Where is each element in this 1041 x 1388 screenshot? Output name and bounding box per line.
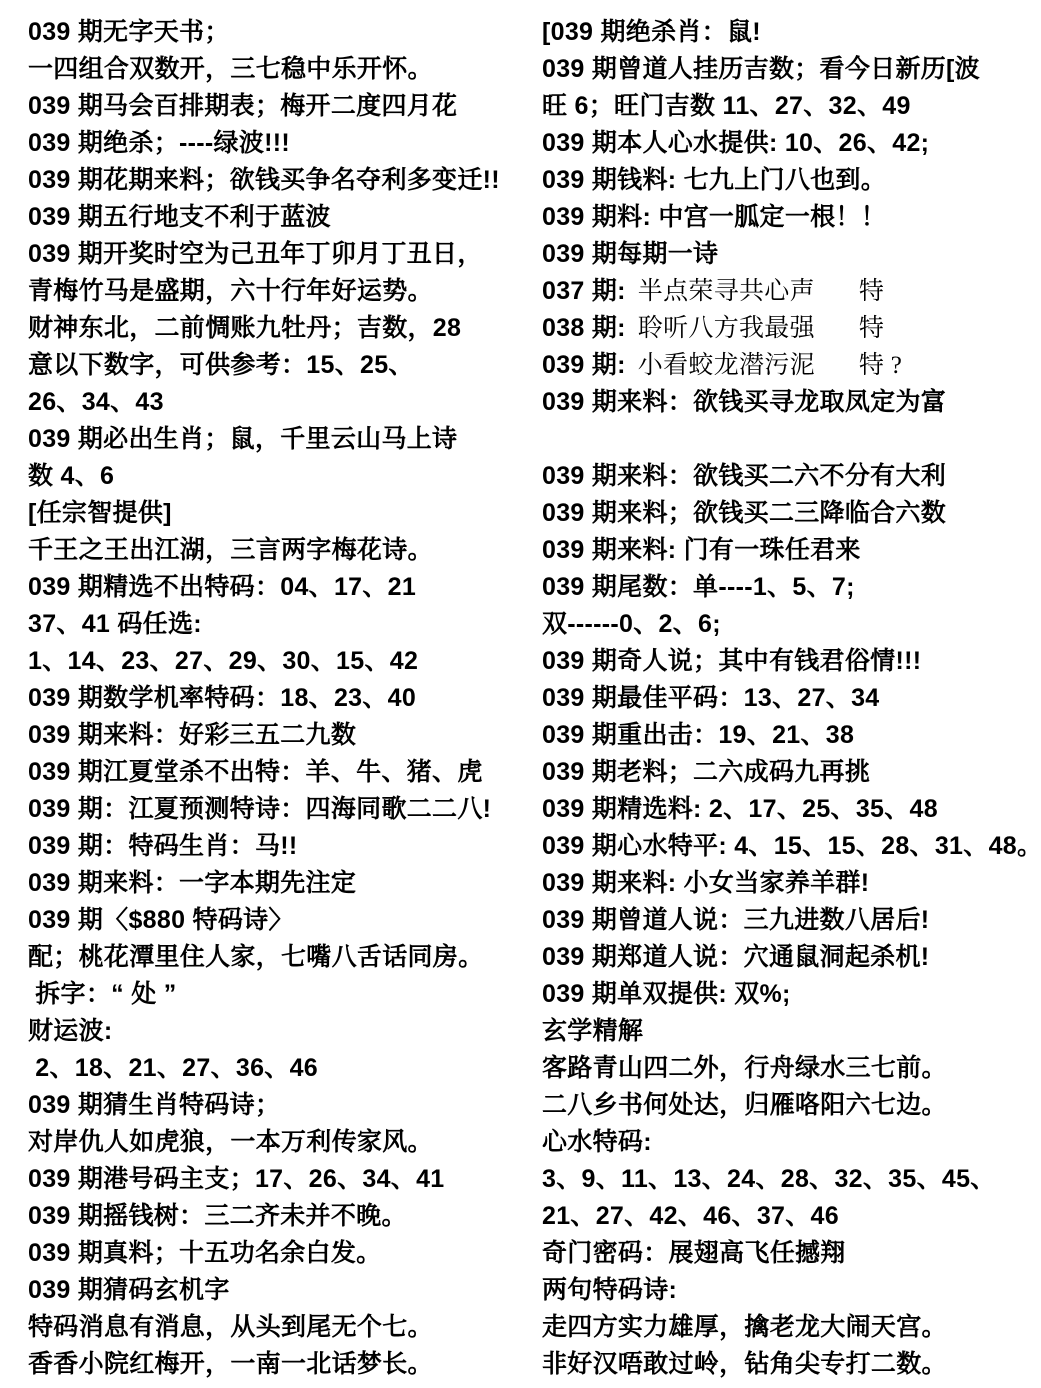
text-line: 039 期来料: 小女当家养羊群! bbox=[542, 865, 1041, 902]
text-line: 039 期精选料: 2、17、25、35、48 bbox=[542, 791, 1041, 828]
text-line: 039 期无字天书； bbox=[28, 14, 500, 51]
text-line: 039 期绝杀；----绿波!!! bbox=[28, 125, 500, 162]
text-line: 039 期来料：欲钱买寻龙取凤定为富 bbox=[542, 384, 1041, 421]
text-line: 039 期最佳平码：13、27、34 bbox=[542, 680, 1041, 717]
text-line: 039 期真料；十五功名余白发。 bbox=[28, 1235, 500, 1272]
text-line: 039 期郑道人说：穴通鼠洞起杀机! bbox=[542, 939, 1041, 976]
poem-poem: 半点荣寻共心声 bbox=[638, 278, 815, 305]
text-line: 039 期数学机率特码：18、23、40 bbox=[28, 680, 500, 717]
text-line: 拆字：“ 处 ” bbox=[28, 976, 500, 1013]
text-line: 千王之王出江湖，三言两字梅花诗。 bbox=[28, 532, 500, 569]
text-line: 039 期来料：欲钱买二六不分有大利 bbox=[542, 458, 1041, 495]
text-line: 26、34、43 bbox=[28, 384, 500, 421]
text-line: 2、18、21、27、36、46 bbox=[28, 1050, 500, 1087]
text-line: 039 期江夏堂杀不出特：羊、牛、猪、虎 bbox=[28, 754, 500, 791]
text-line: 数 4、6 bbox=[28, 458, 500, 495]
text-line: 玄学精解 bbox=[542, 1013, 1041, 1050]
text-line: 意以下数字，可供参考：15、25、 bbox=[28, 347, 500, 384]
poem-prefix: 037 期: bbox=[542, 277, 626, 305]
text-line: 039 期曾道人说：三九进数八居后! bbox=[542, 902, 1041, 939]
text-line: 039 期马会百排期表；梅开二度四月花 bbox=[28, 88, 500, 125]
text-line: 039 期五行地支不利于蓝波 bbox=[28, 199, 500, 236]
text-line: 039 期钱料: 七九上门八也到。 bbox=[542, 162, 1041, 199]
text-line: 特码消息有消息，从头到尾无个七。 bbox=[28, 1309, 500, 1346]
lottery-tips-sheet: 039 期无字天书；一四组合双数开，三七稳中乐开怀。039 期马会百排期表；梅开… bbox=[0, 0, 1041, 1388]
text-line: 039 期开奖时空为己丑年丁卯月丁丑日， bbox=[28, 236, 500, 273]
text-line: 香香小院红梅开，一南一北话梦长。 bbox=[28, 1346, 500, 1383]
text-line: 039 期精选不出特码：04、17、21 bbox=[28, 569, 500, 606]
poem-line: 037 期:半点荣寻共心声特 bbox=[542, 273, 1041, 310]
poem-poem: 小看蛟龙潜污泥 bbox=[638, 352, 815, 379]
text-line: 039 期港号码主支；17、26、34、41 bbox=[28, 1161, 500, 1198]
text-line: [任宗智提供] bbox=[28, 495, 500, 532]
text-line: 奇门密码：展翅高飞任撼翔 bbox=[542, 1235, 1041, 1272]
poem-prefix: 039 期: bbox=[542, 351, 626, 379]
text-line: 039 期来料；欲钱买二三降临合六数 bbox=[542, 495, 1041, 532]
text-line: 双------0、2、6; bbox=[542, 606, 1041, 643]
text-line: 配；桃花潭里住人家，七嘴八舌话同房。 bbox=[28, 939, 500, 976]
text-line: 039 期：特码生肖：马!! bbox=[28, 828, 500, 865]
poem-suffix: 特 bbox=[859, 278, 884, 305]
poem-line: 038 期:聆听八方我最强特 bbox=[542, 310, 1041, 347]
text-line: 039 期来料：好彩三五二九数 bbox=[28, 717, 500, 754]
text-line: 039 期心水特平: 4、15、15、28、31、48。 bbox=[542, 828, 1041, 865]
text-line: 心水特码: bbox=[542, 1124, 1041, 1161]
text-line: 3、9、11、13、24、28、32、35、45、 bbox=[542, 1161, 1041, 1198]
text-line: 走四方实力雄厚，擒老龙大闹天宫。 bbox=[542, 1309, 1041, 1346]
text-line: 039 期每期一诗 bbox=[542, 236, 1041, 273]
text-line: 039 期花期来料；欲钱买争名夺利多变迁!! bbox=[28, 162, 500, 199]
right-column: [039 期绝杀肖：鼠!039 期曾道人挂历吉数；看今日新历[波旺 6；旺门吉数… bbox=[542, 14, 1041, 1383]
text-line: 二八乡书何处达，归雁咯阳六七边。 bbox=[542, 1087, 1041, 1124]
text-line: [039 期绝杀肖：鼠! bbox=[542, 14, 1041, 51]
text-line: 37、41 码任选: bbox=[28, 606, 500, 643]
text-line: 039 期：江夏预测特诗：四海同歌二二八! bbox=[28, 791, 500, 828]
text-line: 039 期摇钱树：三二齐未并不晚。 bbox=[28, 1198, 500, 1235]
text-line: 财神东北，二前惆账九牡丹；吉数，28 bbox=[28, 310, 500, 347]
text-line: 039 期老料；二六成码九再挑 bbox=[542, 754, 1041, 791]
text-line: 两句特码诗: bbox=[542, 1272, 1041, 1309]
text-line: 财运波: bbox=[28, 1013, 500, 1050]
text-line: 一四组合双数开，三七稳中乐开怀。 bbox=[28, 51, 500, 88]
text-line: 039 期重出击：19、21、38 bbox=[542, 717, 1041, 754]
text-line: 039 期来料：一字本期先注定 bbox=[28, 865, 500, 902]
text-line: 21、27、42、46、37、46 bbox=[542, 1198, 1041, 1235]
poem-suffix: 特 bbox=[859, 315, 884, 342]
text-line: 非好汉唔敢过岭，钻角尖专打二数。 bbox=[542, 1346, 1041, 1383]
text-line: 039 期必出生肖；鼠，千里云山马上诗 bbox=[28, 421, 500, 458]
text-line: 039 期尾数：单----1、5、7; bbox=[542, 569, 1041, 606]
text-line: 039 期〈$880 特码诗〉 bbox=[28, 902, 500, 939]
text-line: 039 期本人心水提供: 10、26、42; bbox=[542, 125, 1041, 162]
poem-suffix: 特 ? bbox=[859, 352, 902, 379]
text-line: 039 期曾道人挂历吉数；看今日新历[波 bbox=[542, 51, 1041, 88]
poem-prefix: 038 期: bbox=[542, 314, 626, 342]
text-line: 1、14、23、27、29、30、15、42 bbox=[28, 643, 500, 680]
text-line: 039 期奇人说；其中有钱君俗情!!! bbox=[542, 643, 1041, 680]
text-line: 039 期猜码玄机字 bbox=[28, 1272, 500, 1309]
text-line: 客路青山四二外，行舟绿水三七前。 bbox=[542, 1050, 1041, 1087]
text-line: 青梅竹马是盛期，六十行年好运势。 bbox=[28, 273, 500, 310]
poem-line: 039 期:小看蛟龙潜污泥特 ? bbox=[542, 347, 1041, 384]
left-column: 039 期无字天书；一四组合双数开，三七稳中乐开怀。039 期马会百排期表；梅开… bbox=[28, 14, 500, 1383]
text-line: 039 期猜生肖特码诗； bbox=[28, 1087, 500, 1124]
text-line: 039 期来料: 门有一珠任君来 bbox=[542, 532, 1041, 569]
poem-poem: 聆听八方我最强 bbox=[638, 315, 815, 342]
text-line: 039 期单双提供: 双%; bbox=[542, 976, 1041, 1013]
text-line: 039 期料: 中宫一胍定一根！！ bbox=[542, 199, 1041, 236]
text-line: 对岸仇人如虎狼，一本万利传家风。 bbox=[28, 1124, 500, 1161]
text-line: 旺 6；旺门吉数 11、27、32、49 bbox=[542, 88, 1041, 125]
blank-line bbox=[542, 421, 1041, 458]
